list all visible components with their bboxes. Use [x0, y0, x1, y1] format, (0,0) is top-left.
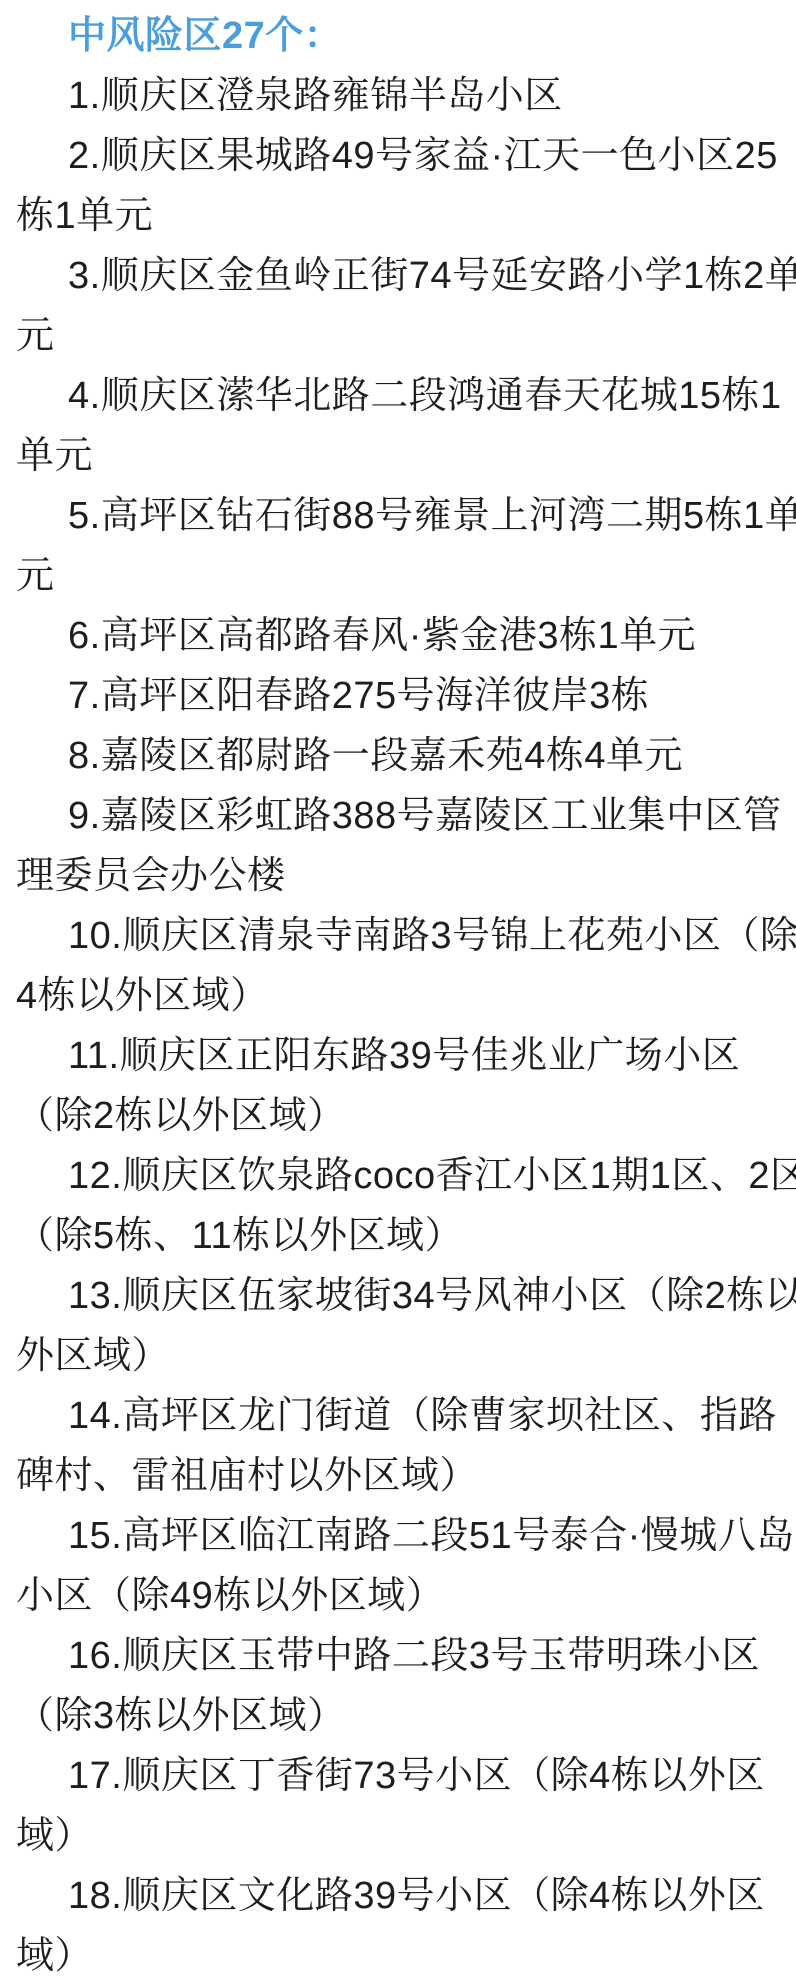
item-line-wrap: （除3栋以外区域） [16, 1686, 792, 1746]
item-line-wrap: 域） [16, 1806, 792, 1866]
item-line-wrap: （除2栋以外区域） [16, 1086, 792, 1146]
item-line-first: 15.高坪区临江南路二段51号泰合·慢城八岛 [16, 1506, 792, 1566]
page-title: 中风险区27个： [68, 6, 792, 66]
list-item: 6.高坪区高都路春风·紫金港3栋1单元 [16, 606, 792, 666]
list-item: 5.高坪区钻石街88号雍景上河湾二期5栋1单元 [16, 486, 792, 606]
item-line-wrap: 栋1单元 [16, 186, 792, 246]
risk-area-list: 1.顺庆区澄泉路雍锦半岛小区2.顺庆区果城路49号家益·江天一色小区25栋1单元… [16, 66, 792, 1978]
item-line-first: 6.高坪区高都路春风·紫金港3栋1单元 [16, 606, 792, 666]
item-line-first: 12.顺庆区饮泉路coco香江小区1期1区、2区 [16, 1146, 792, 1206]
item-line-wrap: 元 [16, 306, 792, 366]
item-line-wrap: 域） [16, 1926, 792, 1978]
item-line-wrap: 理委员会办公楼 [16, 846, 792, 906]
item-line-wrap: 4栋以外区域） [16, 966, 792, 1026]
list-item: 14.高坪区龙门街道（除曹家坝社区、指路碑村、雷祖庙村以外区域） [16, 1386, 792, 1506]
item-line-first: 9.嘉陵区彩虹路388号嘉陵区工业集中区管 [16, 786, 792, 846]
list-item: 9.嘉陵区彩虹路388号嘉陵区工业集中区管理委员会办公楼 [16, 786, 792, 906]
list-item: 10.顺庆区清泉寺南路3号锦上花苑小区（除4栋以外区域） [16, 906, 792, 1026]
item-line-first: 1.顺庆区澄泉路雍锦半岛小区 [16, 66, 792, 126]
article-body: 中风险区27个： 1.顺庆区澄泉路雍锦半岛小区2.顺庆区果城路49号家益·江天一… [0, 0, 796, 1978]
item-line-first: 4.顺庆区潆华北路二段鸿通春天花城15栋1 [16, 366, 792, 426]
list-item: 17.顺庆区丁香街73号小区（除4栋以外区域） [16, 1746, 792, 1866]
item-line-first: 11.顺庆区正阳东路39号佳兆业广场小区 [16, 1026, 792, 1086]
item-line-first: 8.嘉陵区都尉路一段嘉禾苑4栋4单元 [16, 726, 792, 786]
item-line-first: 14.高坪区龙门街道（除曹家坝社区、指路 [16, 1386, 792, 1446]
item-line-first: 10.顺庆区清泉寺南路3号锦上花苑小区（除 [16, 906, 792, 966]
item-line-wrap: 单元 [16, 426, 792, 486]
item-line-first: 2.顺庆区果城路49号家益·江天一色小区25 [16, 126, 792, 186]
item-line-wrap: 碑村、雷祖庙村以外区域） [16, 1446, 792, 1506]
list-item: 15.高坪区临江南路二段51号泰合·慢城八岛小区（除49栋以外区域） [16, 1506, 792, 1626]
item-line-wrap: 小区（除49栋以外区域） [16, 1566, 792, 1626]
list-item: 3.顺庆区金鱼岭正街74号延安路小学1栋2单元 [16, 246, 792, 366]
item-line-first: 13.顺庆区伍家坡街34号风神小区（除2栋以 [16, 1266, 792, 1326]
list-item: 1.顺庆区澄泉路雍锦半岛小区 [16, 66, 792, 126]
list-item: 12.顺庆区饮泉路coco香江小区1期1区、2区（除5栋、11栋以外区域） [16, 1146, 792, 1266]
item-line-wrap: 元 [16, 546, 792, 606]
item-line-first: 16.顺庆区玉带中路二段3号玉带明珠小区 [16, 1626, 792, 1686]
list-item: 8.嘉陵区都尉路一段嘉禾苑4栋4单元 [16, 726, 792, 786]
list-item: 13.顺庆区伍家坡街34号风神小区（除2栋以外区域） [16, 1266, 792, 1386]
list-item: 2.顺庆区果城路49号家益·江天一色小区25栋1单元 [16, 126, 792, 246]
item-line-first: 17.顺庆区丁香街73号小区（除4栋以外区 [16, 1746, 792, 1806]
list-item: 18.顺庆区文化路39号小区（除4栋以外区域） [16, 1866, 792, 1978]
item-line-first: 7.高坪区阳春路275号海洋彼岸3栋 [16, 666, 792, 726]
item-line-first: 18.顺庆区文化路39号小区（除4栋以外区 [16, 1866, 792, 1926]
item-line-wrap: （除5栋、11栋以外区域） [16, 1206, 792, 1266]
list-item: 4.顺庆区潆华北路二段鸿通春天花城15栋1单元 [16, 366, 792, 486]
item-line-wrap: 外区域） [16, 1326, 792, 1386]
list-item: 16.顺庆区玉带中路二段3号玉带明珠小区（除3栋以外区域） [16, 1626, 792, 1746]
list-item: 11.顺庆区正阳东路39号佳兆业广场小区（除2栋以外区域） [16, 1026, 792, 1146]
list-item: 7.高坪区阳春路275号海洋彼岸3栋 [16, 666, 792, 726]
item-line-first: 3.顺庆区金鱼岭正街74号延安路小学1栋2单 [16, 246, 792, 306]
item-line-first: 5.高坪区钻石街88号雍景上河湾二期5栋1单 [16, 486, 792, 546]
